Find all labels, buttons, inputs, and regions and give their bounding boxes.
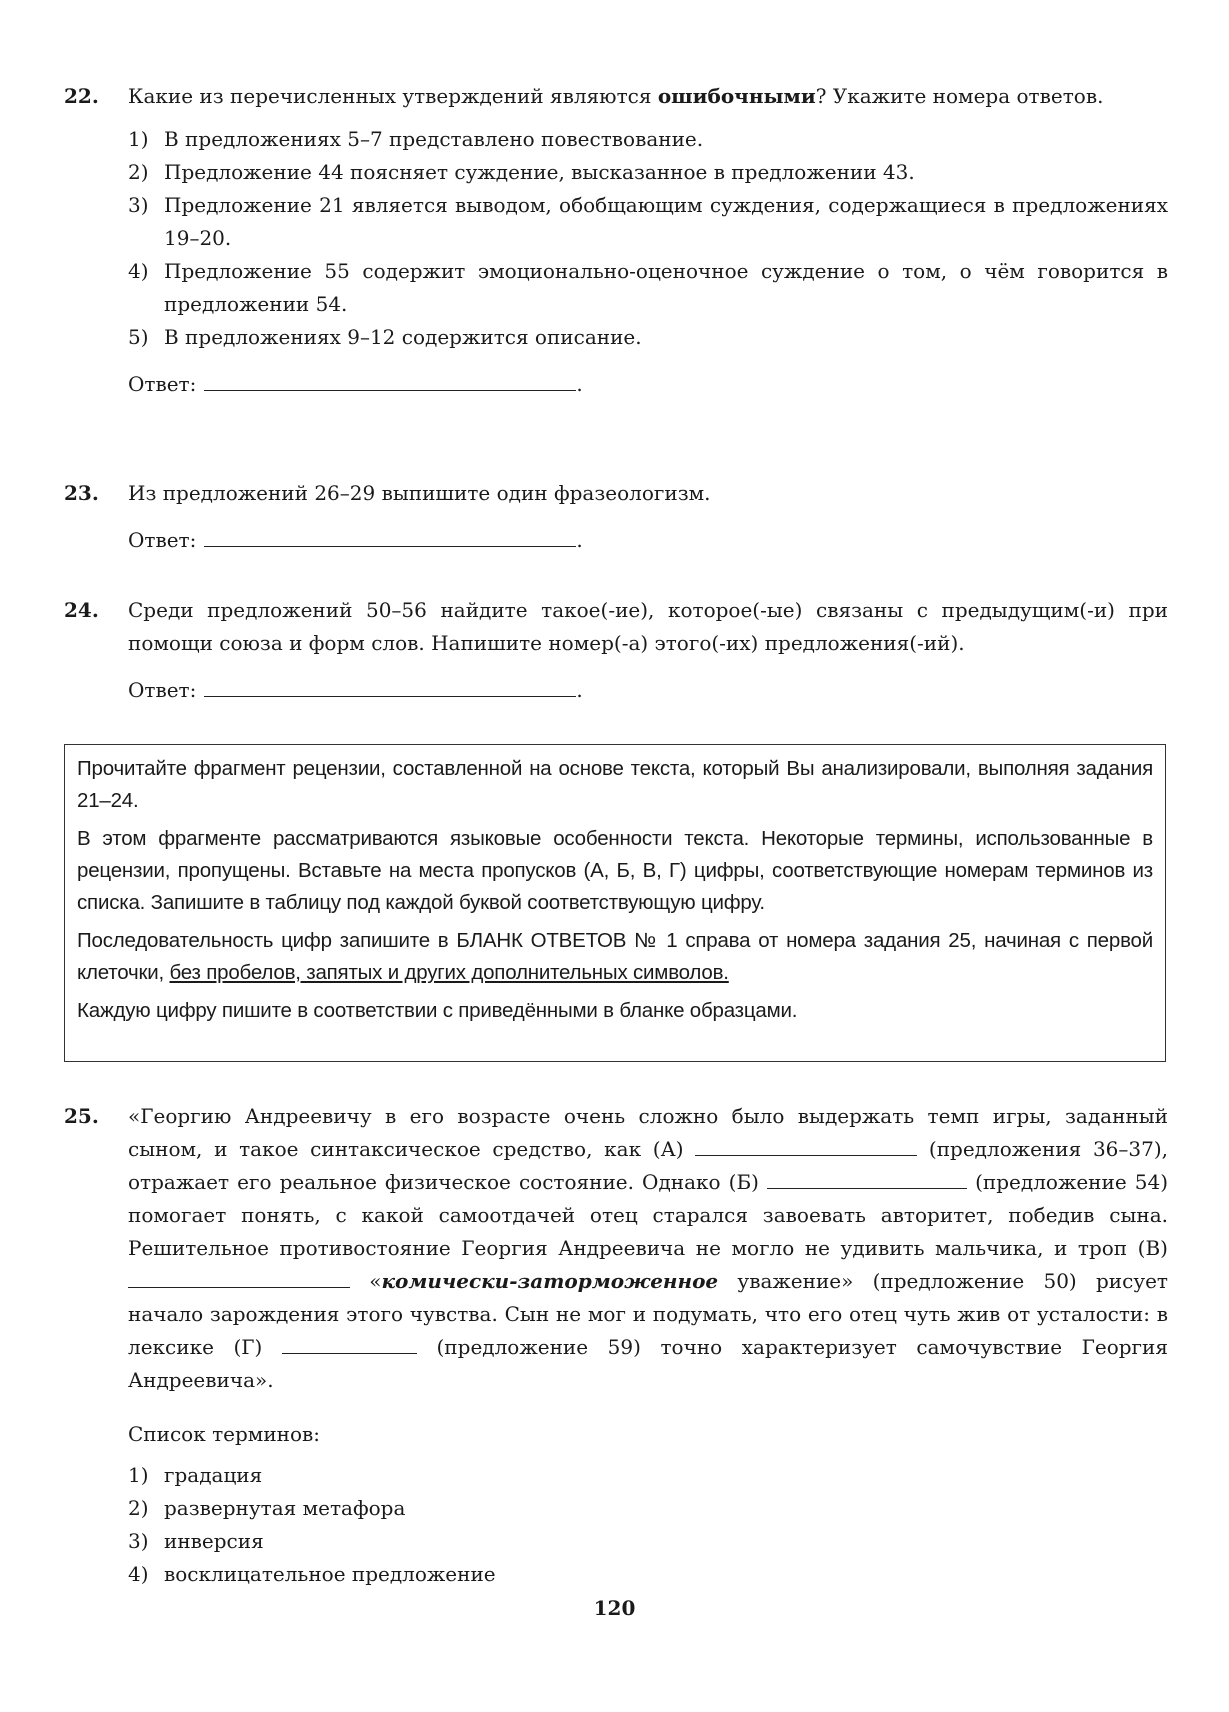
options-list: 1)В предложениях 5–7 представлено повест… <box>128 123 1168 354</box>
instruction-paragraph: Последовательность цифр запишите в БЛАНК… <box>77 925 1153 989</box>
task-question: Какие из перечисленных утверждений являю… <box>128 80 1168 113</box>
task-question: Среди предложений 50–56 найдите такое(-и… <box>128 594 1168 660</box>
option-item: 3)Предложение 21 является выводом, обобщ… <box>128 189 1168 255</box>
task-question: Из предложений 26–29 выпишите один фразе… <box>128 477 1168 510</box>
answer-field[interactable] <box>204 524 576 547</box>
option-item: 2)Предложение 44 поясняет суждение, выск… <box>128 156 1168 189</box>
answer-label: Ответ: <box>128 678 196 702</box>
task-22: 22. Какие из перечисленных утверждений я… <box>64 80 1168 401</box>
answer-field[interactable] <box>204 368 576 391</box>
instruction-paragraph: Прочитайте фрагмент рецензии, составленн… <box>77 753 1153 817</box>
emphasis: ошибочными <box>658 84 816 108</box>
blank-v[interactable] <box>128 1267 350 1288</box>
term-item: 3)инверсия <box>128 1525 496 1558</box>
blank-a[interactable] <box>695 1135 917 1156</box>
blank-b[interactable] <box>767 1168 967 1189</box>
term-item: 2)развернутая метафора <box>128 1492 496 1525</box>
review-text: «Георгию Андреевичу в его возрасте очень… <box>128 1100 1168 1397</box>
blank-g[interactable] <box>282 1333 417 1354</box>
task-24: 24. Среди предложений 50–56 найдите тако… <box>64 594 1168 707</box>
task-number: 23. <box>64 477 99 510</box>
answer-row: Ответ:. <box>128 524 1168 557</box>
quoted-phrase: комически-заторможенное <box>382 1269 719 1293</box>
option-item: 1)В предложениях 5–7 представлено повест… <box>128 123 1168 156</box>
answer-row: Ответ:. <box>128 368 1168 401</box>
page-number: 120 <box>0 1596 1229 1620</box>
terms-list: Список терминов: 1)градация 2)развернута… <box>128 1418 496 1591</box>
task-23: 23. Из предложений 26–29 выпишите один ф… <box>64 477 1168 557</box>
task-25: 25. «Георгию Андреевичу в его возрасте о… <box>64 1100 1168 1397</box>
term-item: 4)восклицательное предложение <box>128 1558 496 1591</box>
instruction-paragraph: В этом фрагменте рассматриваются языковы… <box>77 823 1153 919</box>
option-item: 5)В предложениях 9–12 содержится описани… <box>128 321 1168 354</box>
answer-field[interactable] <box>204 674 576 697</box>
task-number: 25. <box>64 1100 99 1133</box>
task-number: 22. <box>64 80 99 113</box>
instruction-paragraph: Каждую цифру пишите в соответствии с при… <box>77 995 1153 1027</box>
instruction-box: Прочитайте фрагмент рецензии, составленн… <box>64 744 1166 1062</box>
answer-label: Ответ: <box>128 372 196 396</box>
answer-row: Ответ:. <box>128 674 1168 707</box>
answer-label: Ответ: <box>128 528 196 552</box>
option-item: 4)Предложение 55 содержит эмоционально-о… <box>128 255 1168 321</box>
exam-page: 22. Какие из перечисленных утверждений я… <box>0 0 1229 1712</box>
term-item: 1)градация <box>128 1459 496 1492</box>
task-number: 24. <box>64 594 99 627</box>
underlined-text: без пробелов, запятых и других дополните… <box>169 961 728 984</box>
terms-heading: Список терминов: <box>128 1418 496 1451</box>
